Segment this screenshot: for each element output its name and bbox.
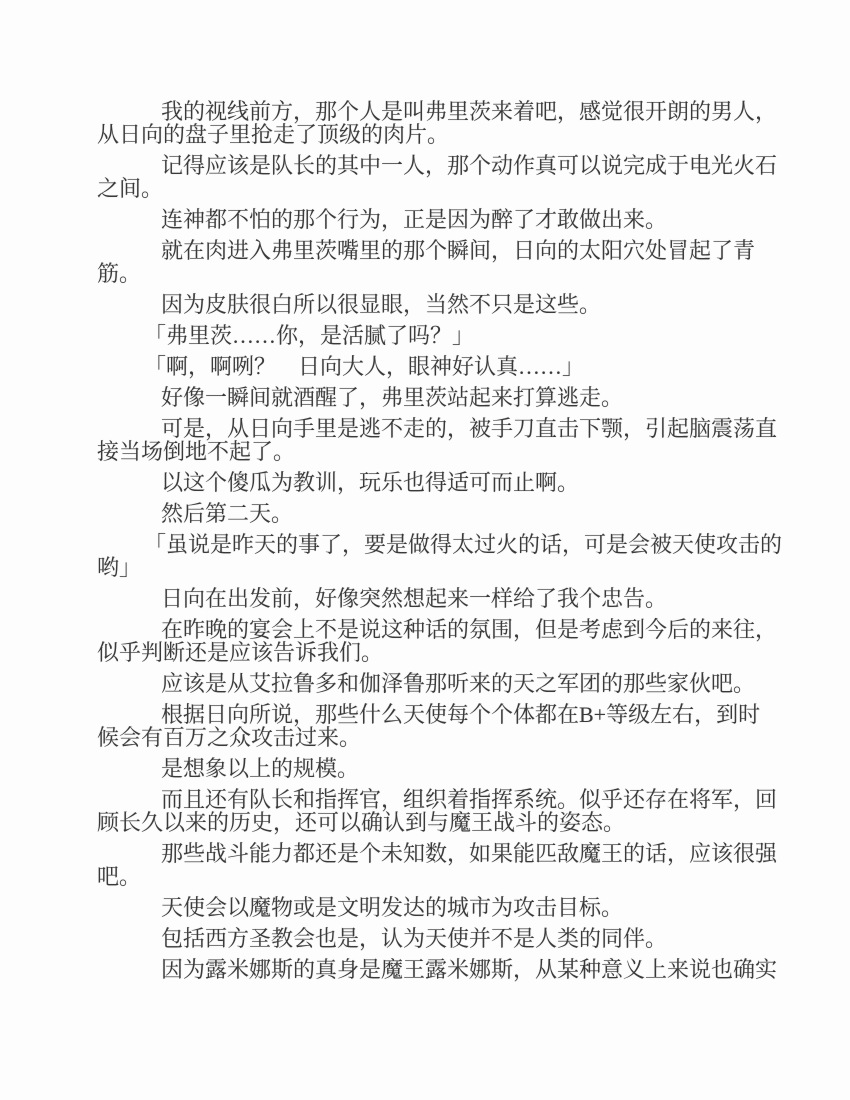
paragraph: 应该是从艾拉鲁多和伽泽鲁那听来的天之军团的那些家伙吧。 xyxy=(97,672,795,695)
text-line: 然后第二天。 xyxy=(97,502,795,525)
paragraph: 天使会以魔物或是文明发达的城市为攻击目标。 xyxy=(97,896,795,919)
text-line: 「虽说是昨天的事了，要是做得太过火的话，可是会被天使攻击的 xyxy=(97,533,795,556)
paragraph: 「啊，啊咧？ 日向大人，眼神好认真……」 xyxy=(97,355,795,378)
text-line: 应该是从艾拉鲁多和伽泽鲁那听来的天之军团的那些家伙吧。 xyxy=(97,672,795,695)
text-line: 候会有百万之众攻击过来。 xyxy=(97,726,795,749)
text-line: 从日向的盘子里抢走了顶级的肉片。 xyxy=(97,123,795,146)
text-line: 之间。 xyxy=(97,177,795,200)
paragraph: 记得应该是队长的其中一人，那个动作真可以说完成于电光火石之间。 xyxy=(97,154,795,200)
paragraph: 在昨晚的宴会上不是说这种话的氛围，但是考虑到今后的来往，似乎判断还是应该告诉我们… xyxy=(97,618,795,664)
text-line: 筋。 xyxy=(97,262,795,285)
paragraph: 我的视线前方，那个人是叫弗里茨来着吧，感觉很开朗的男人，从日向的盘子里抢走了顶级… xyxy=(97,100,795,146)
text-line: 似乎判断还是应该告诉我们。 xyxy=(97,641,795,664)
text-line: 根据日向所说，那些什么天使每个个体都在B+等级左右，到时 xyxy=(97,703,795,726)
text-line: 在昨晚的宴会上不是说这种话的氛围，但是考虑到今后的来往， xyxy=(97,618,795,641)
text-line: 「啊，啊咧？ 日向大人，眼神好认真……」 xyxy=(97,355,795,378)
text-line: 以这个傻瓜为教训，玩乐也得适可而止啊。 xyxy=(97,471,795,494)
text-line: 好像一瞬间就酒醒了，弗里茨站起来打算逃走。 xyxy=(97,386,795,409)
paragraph: 根据日向所说，那些什么天使每个个体都在B+等级左右，到时候会有百万之众攻击过来。 xyxy=(97,703,795,749)
text-line: 就在肉进入弗里茨嘴里的那个瞬间，日向的太阳穴处冒起了青 xyxy=(97,239,795,262)
text-line: 包括西方圣教会也是，认为天使并不是人类的同伴。 xyxy=(97,927,795,950)
paragraph: 「弗里茨……你，是活腻了吗？」 xyxy=(97,324,795,347)
paragraph: 而且还有队长和指挥官，组织着指挥系统。似乎还存在将军，回顾长久以来的历史，还可以… xyxy=(97,788,795,834)
text-line: 顾长久以来的历史，还可以确认到与魔王战斗的姿态。 xyxy=(97,811,795,834)
page-body: 我的视线前方，那个人是叫弗里茨来着吧，感觉很开朗的男人，从日向的盘子里抢走了顶级… xyxy=(0,0,850,989)
paragraph: 那些战斗能力都还是个未知数，如果能匹敌魔王的话，应该很强吧。 xyxy=(97,842,795,888)
text-line: 日向在出发前，好像突然想起来一样给了我个忠告。 xyxy=(97,587,795,610)
text-line: 吧。 xyxy=(97,865,795,888)
paragraph: 就在肉进入弗里茨嘴里的那个瞬间，日向的太阳穴处冒起了青筋。 xyxy=(97,239,795,285)
text-line: 天使会以魔物或是文明发达的城市为攻击目标。 xyxy=(97,896,795,919)
text-line: 而且还有队长和指挥官，组织着指挥系统。似乎还存在将军，回 xyxy=(97,788,795,811)
paragraph: 因为皮肤很白所以很显眼，当然不只是这些。 xyxy=(97,293,795,316)
paragraph: 以这个傻瓜为教训，玩乐也得适可而止啊。 xyxy=(97,471,795,494)
paragraph: 日向在出发前，好像突然想起来一样给了我个忠告。 xyxy=(97,587,795,610)
paragraph: 因为露米娜斯的真身是魔王露米娜斯，从某种意义上来说也确实 xyxy=(97,958,795,981)
text-line: 因为皮肤很白所以很显眼，当然不只是这些。 xyxy=(97,293,795,316)
text-line: 我的视线前方，那个人是叫弗里茨来着吧，感觉很开朗的男人， xyxy=(97,100,795,123)
text-line: 哟」 xyxy=(97,556,795,579)
text-line: 是想象以上的规模。 xyxy=(97,757,795,780)
text-line: 接当场倒地不起了。 xyxy=(97,440,795,463)
text-line: 「弗里茨……你，是活腻了吗？」 xyxy=(97,324,795,347)
paragraph: 包括西方圣教会也是，认为天使并不是人类的同伴。 xyxy=(97,927,795,950)
paragraph: 然后第二天。 xyxy=(97,502,795,525)
text-line: 记得应该是队长的其中一人，那个动作真可以说完成于电光火石 xyxy=(97,154,795,177)
paragraph: 好像一瞬间就酒醒了，弗里茨站起来打算逃走。 xyxy=(97,386,795,409)
paragraph: 「虽说是昨天的事了，要是做得太过火的话，可是会被天使攻击的哟」 xyxy=(97,533,795,579)
text-line: 可是，从日向手里是逃不走的，被手刀直击下颚，引起脑震荡直 xyxy=(97,417,795,440)
text-line: 那些战斗能力都还是个未知数，如果能匹敌魔王的话，应该很强 xyxy=(97,842,795,865)
paragraph: 可是，从日向手里是逃不走的，被手刀直击下颚，引起脑震荡直接当场倒地不起了。 xyxy=(97,417,795,463)
document-page: 我的视线前方，那个人是叫弗里茨来着吧，感觉很开朗的男人，从日向的盘子里抢走了顶级… xyxy=(0,0,850,1100)
text-line: 连神都不怕的那个行为，正是因为醉了才敢做出来。 xyxy=(97,208,795,231)
paragraph: 连神都不怕的那个行为，正是因为醉了才敢做出来。 xyxy=(97,208,795,231)
text-line: 因为露米娜斯的真身是魔王露米娜斯，从某种意义上来说也确实 xyxy=(97,958,795,981)
paragraph: 是想象以上的规模。 xyxy=(97,757,795,780)
